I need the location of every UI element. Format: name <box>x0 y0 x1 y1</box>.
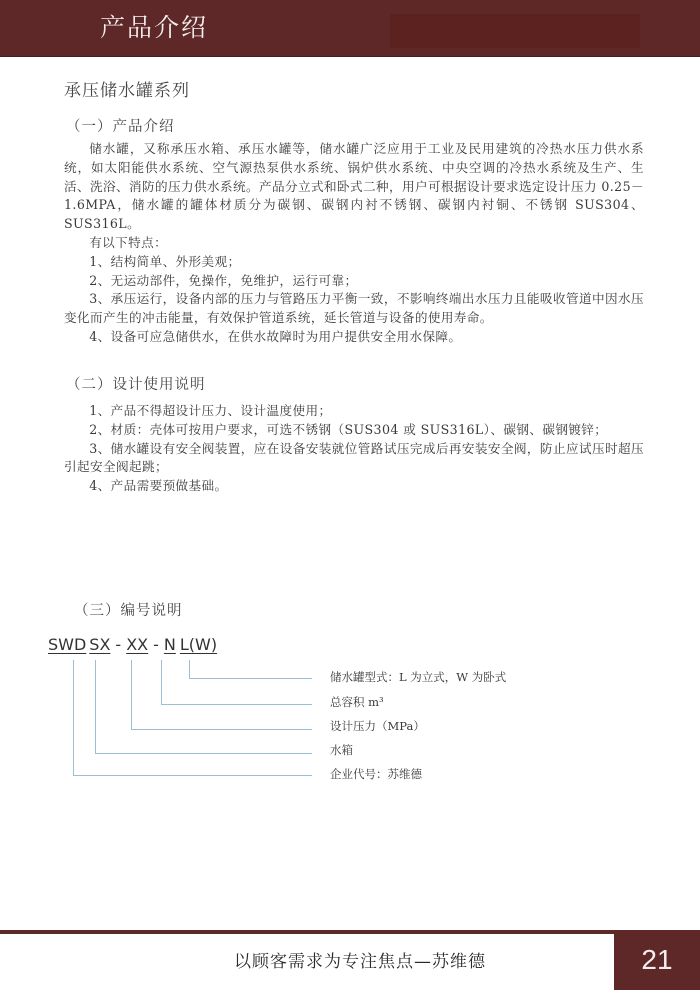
feature-item: 4、设备可应急储供水，在供水故障时为用户提供安全用水保障。 <box>64 328 644 347</box>
legend-tank: 水箱 <box>330 742 353 758</box>
code-part-pressure: XX <box>126 635 148 654</box>
footer-divider <box>0 930 700 934</box>
feature-item: 1、结构简单、外形美观； <box>64 253 644 272</box>
page-title: 产品介绍 <box>100 12 208 44</box>
code-part-tank: SX <box>89 635 110 654</box>
legend-type: 储水罐型式：L 为立式，W 为卧式 <box>330 669 506 685</box>
usage-item: 4、产品需要预做基础。 <box>64 477 644 496</box>
connector-line <box>189 678 312 679</box>
section3-title: （三）编号说明 <box>74 599 183 620</box>
section2-title: （二）设计使用说明 <box>66 373 206 394</box>
code-separator: - <box>148 635 164 654</box>
usage-item: 1、产品不得超设计压力、设计温度使用； <box>64 402 644 421</box>
page-number-box: 21 <box>614 930 700 990</box>
code-part-type: L(W) <box>180 635 217 654</box>
section1-intro: 储水罐，又称承压水箱、承压水罐等，储水罐广泛应用于工业及民用建筑的冷热水压力供水… <box>64 140 644 234</box>
legend-volume: 总容积 m³ <box>330 694 384 710</box>
code-part-company: SWD <box>48 635 86 654</box>
section1-title: （一）产品介绍 <box>66 115 175 136</box>
section1-body: 储水罐，又称承压水箱、承压水罐等，储水罐广泛应用于工业及民用建筑的冷热水压力供水… <box>64 140 644 347</box>
page-number: 21 <box>614 944 700 976</box>
usage-item: 3、储水罐设有安全阀装置，应在设备安装就位管路试压完成后再安装安全阀，防止应试压… <box>64 440 644 478</box>
connector-line <box>161 660 162 704</box>
model-code: SWDSX-XX-NL(W) <box>48 635 217 657</box>
features-heading: 有以下特点： <box>64 234 644 253</box>
series-title: 承压储水罐系列 <box>64 76 190 101</box>
section2-body: 1、产品不得超设计压力、设计温度使用； 2、材质：壳体可按用户要求，可选不锈钢（… <box>64 402 644 496</box>
code-part-volume: N <box>164 635 176 654</box>
connector-line <box>73 775 312 776</box>
connector-line <box>189 660 190 678</box>
legend-pressure: 设计压力（MPa） <box>330 718 425 734</box>
connector-line <box>95 753 312 754</box>
feature-item: 2、无运动部件，免操作，免维护，运行可靠； <box>64 272 644 291</box>
usage-item: 2、材质：壳体可按用户要求，可选不锈钢（SUS304 或 SUS316L）、碳钢… <box>64 421 644 440</box>
legend-company: 企业代号：苏维德 <box>330 766 422 782</box>
footer-slogan: 以顾客需求为专注焦点—苏维德 <box>150 947 570 972</box>
code-separator: - <box>110 635 126 654</box>
connector-line <box>131 660 132 729</box>
feature-item: 3、承压运行，设备内部的压力与管路压力平衡一致，不影响终端出水压力且能吸收管道中… <box>64 290 644 328</box>
connector-line <box>95 660 96 753</box>
header-decoration <box>390 14 640 48</box>
connector-line <box>73 660 74 775</box>
connector-line <box>131 729 312 730</box>
connector-line <box>161 704 312 705</box>
header-bar: 产品介绍 <box>0 0 700 57</box>
